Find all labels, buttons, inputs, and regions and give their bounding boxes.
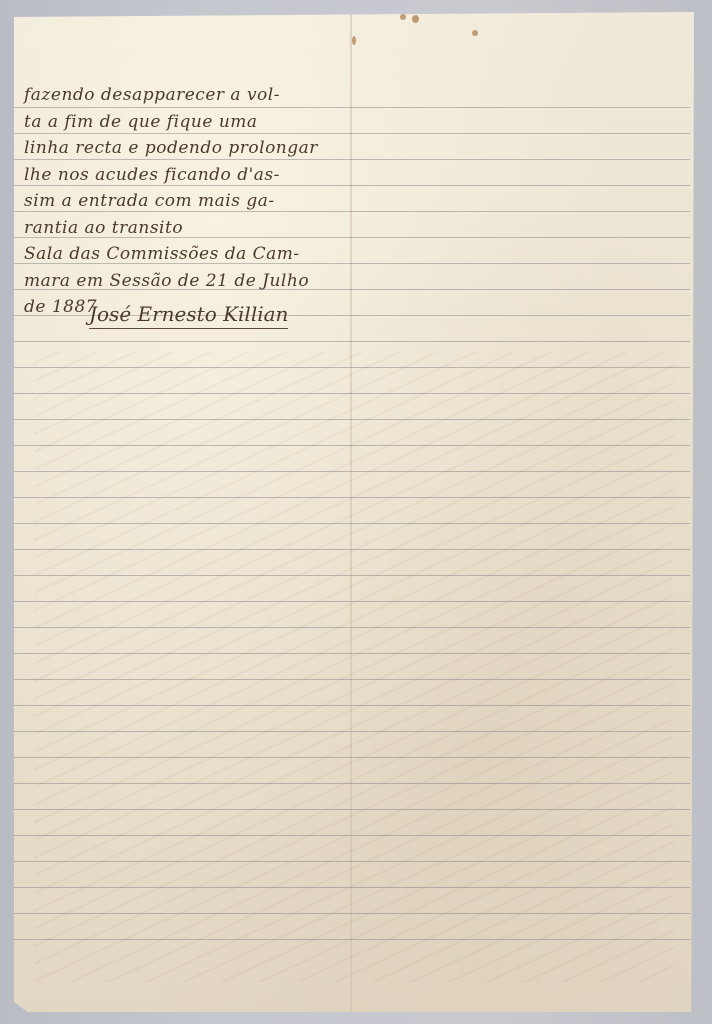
text-line: Sala das Commissões da Cam- (24, 241, 354, 268)
ruled-line (14, 367, 690, 368)
text-line: sim a entrada com mais ga- (24, 188, 354, 215)
ruled-line (14, 679, 690, 680)
ruled-line (14, 627, 690, 628)
text-line: ta a fim de que fique uma (24, 109, 354, 136)
ruled-line (14, 939, 690, 940)
ruled-line (14, 549, 690, 550)
transcribed-text: fazendo desapparecer a vol- ta a fim de … (24, 82, 354, 321)
ruled-line (14, 445, 690, 446)
foxing-stain (412, 15, 419, 23)
ruled-line (14, 393, 690, 394)
ruled-line (14, 471, 690, 472)
ruled-line (14, 913, 690, 914)
foxing-stain (352, 36, 356, 45)
text-line: rantia ao transito (24, 215, 354, 242)
signature: José Ernesto Killian (89, 302, 288, 329)
ruled-line (14, 705, 690, 706)
ruled-line (14, 419, 690, 420)
foxing-stain (400, 14, 406, 20)
ruled-line (14, 497, 690, 498)
ruled-line (14, 653, 690, 654)
ruled-line (14, 809, 690, 810)
text-line: lhe nos acudes ficando d'as- (24, 162, 354, 189)
text-line: fazendo desapparecer a vol- (24, 82, 354, 109)
ruled-line (14, 731, 690, 732)
ruled-line (14, 523, 690, 524)
ruled-line (14, 757, 690, 758)
foxing-stain (472, 30, 478, 36)
manuscript-page: fazendo desapparecer a vol- ta a fim de … (14, 12, 694, 1012)
ruled-line (14, 575, 690, 576)
ruled-line (14, 835, 690, 836)
ruled-line (14, 783, 690, 784)
text-line: linha recta e podendo prolongar (24, 135, 354, 162)
ruled-line (14, 887, 690, 888)
ruled-line (14, 341, 690, 342)
text-line: mara em Sessão de 21 de Julho (24, 268, 354, 295)
ruled-line (14, 601, 690, 602)
ruled-line (14, 861, 690, 862)
